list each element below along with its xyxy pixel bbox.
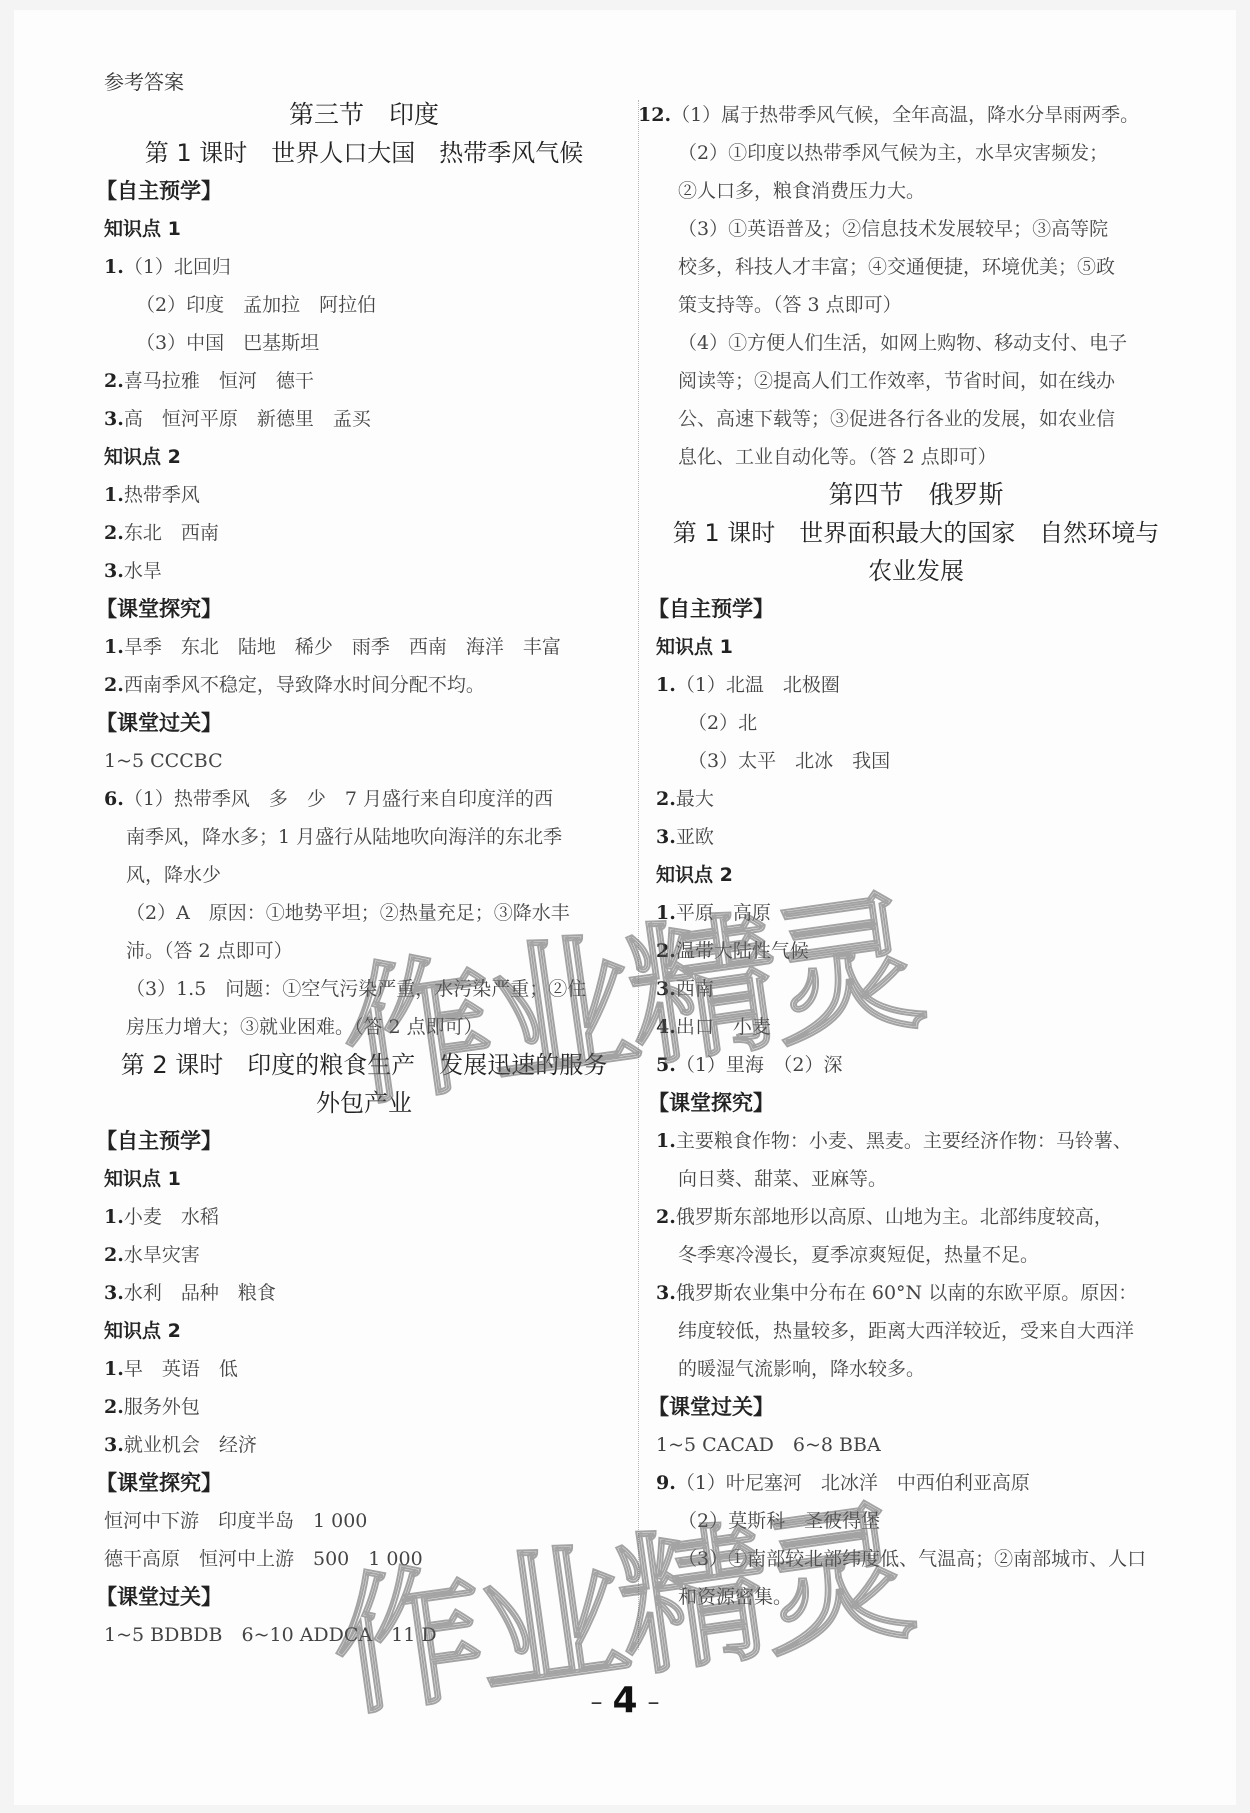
knowledge-point: 知识点 1	[656, 628, 1176, 666]
answer-line: 5.（1）里海 （2）深	[656, 1046, 1176, 1084]
lesson-title-cont: 外包产业	[104, 1084, 624, 1122]
knowledge-point: 知识点 2	[104, 438, 624, 476]
answer-line: （2）①印度以热带季风气候为主，水旱灾害频发；	[656, 134, 1176, 172]
answer-line: 向日葵、甜菜、亚麻等。	[656, 1160, 1176, 1198]
column-divider	[638, 100, 639, 1650]
dash-left: –	[590, 1688, 602, 1716]
answer-line: 2.最大	[656, 780, 1176, 818]
section-title-russia: 第四节 俄罗斯	[656, 476, 1176, 514]
answer-line: 阅读等；②提高人们工作效率，节省时间，如在线办	[656, 362, 1176, 400]
answer-line: 风，降水少	[104, 856, 624, 894]
answer-line: 3.水利 品种 粮食	[104, 1274, 624, 1312]
answer-line: 12.（1）属于热带季风气候，全年高温，降水分旱雨两季。	[638, 96, 1176, 134]
answer-line: （4）①方便人们生活，如网上购物、移动支付、电子	[656, 324, 1176, 362]
knowledge-point: 知识点 2	[104, 1312, 624, 1350]
lesson-title: 第 2 课时 印度的粮食生产 发展迅速的服务	[104, 1046, 624, 1084]
answer-line: 1.早 英语 低	[104, 1350, 624, 1388]
answer-line: 1.（1）北温 北极圈	[656, 666, 1176, 704]
answer-line: 2.西南季风不稳定，导致降水时间分配不均。	[104, 666, 624, 704]
answer-line: 1.旱季 东北 陆地 稀少 雨季 西南 海洋 丰富	[104, 628, 624, 666]
answer-line: 2.东北 西南	[104, 514, 624, 552]
answer-line: 9.（1）叶尼塞河 北冰洋 中西伯利亚高原	[656, 1464, 1176, 1502]
answer-line: （3）太平 北冰 我国	[656, 742, 1176, 780]
block-heading: 【自主预学】	[648, 590, 1176, 628]
answer-line: 冬季寒冷漫长，夏季凉爽短促，热量不足。	[656, 1236, 1176, 1274]
answer-line: 2.服务外包	[104, 1388, 624, 1426]
answer-line: （2）北	[656, 704, 1176, 742]
answer-line: 2.水旱灾害	[104, 1236, 624, 1274]
answer-line: 3.俄罗斯农业集中分布在 60°N 以南的东欧平原。原因：	[656, 1274, 1176, 1312]
answer-line: ②人口多，粮食消费压力大。	[656, 172, 1176, 210]
answer-line: （3）①南部较北部纬度低、气温高；②南部城市、人口	[656, 1540, 1176, 1578]
dash-right: –	[648, 1688, 660, 1716]
answer-line: 房压力增大；③就业困难。（答 2 点即可）	[104, 1008, 624, 1046]
answer-line: 沛。（答 2 点即可）	[104, 932, 624, 970]
answer-line: 2.温带大陆性气候	[656, 932, 1176, 970]
answer-line: 3.西南	[656, 970, 1176, 1008]
answer-line: 策支持等。（答 3 点即可）	[656, 286, 1176, 324]
block-heading: 【课堂过关】	[648, 1388, 1176, 1426]
answer-line: 6.（1）热带季风 多 少 7 月盛行来自印度洋的西	[104, 780, 624, 818]
answer-line: 德干高原 恒河中上游 500 1 000	[104, 1540, 624, 1578]
answer-line: 纬度较低，热量较多，距离大西洋较近，受来自大西洋	[656, 1312, 1176, 1350]
block-heading: 【课堂过关】	[96, 1578, 624, 1616]
answer-line: 4.出口 小麦	[656, 1008, 1176, 1046]
answer-line: 的暖湿气流影响，降水较多。	[656, 1350, 1176, 1388]
answer-line: 1.（1）北回归	[104, 248, 624, 286]
answer-line: 和资源密集。	[656, 1578, 1176, 1616]
block-heading: 【课堂过关】	[96, 704, 624, 742]
section-title-india: 第三节 印度	[104, 96, 624, 134]
mc-answers: 1~5 BDBDB 6~10 ADDCA 11 D	[104, 1616, 624, 1654]
answer-line: 3.高 恒河平原 新德里 孟买	[104, 400, 624, 438]
answer-line: 校多，科技人才丰富；④交通便捷，环境优美；⑤政	[656, 248, 1176, 286]
knowledge-point: 知识点 2	[656, 856, 1176, 894]
block-heading: 【课堂探究】	[648, 1084, 1176, 1122]
answer-line: 3.就业机会 经济	[104, 1426, 624, 1464]
answer-line: （2）A 原因：①地势平坦；②热量充足；③降水丰	[104, 894, 624, 932]
answer-line: 1.热带季风	[104, 476, 624, 514]
block-heading: 【自主预学】	[96, 1122, 624, 1160]
answer-line: 1.平原 高原	[656, 894, 1176, 932]
page-number: –4–	[0, 1680, 1250, 1721]
left-column: 第三节 印度 第 1 课时 世界人口大国 热带季风气候 【自主预学】 知识点 1…	[104, 96, 624, 1654]
answer-line: 公、高速下载等；③促进各行各业的发展，如农业信	[656, 400, 1176, 438]
page-header: 参考答案	[104, 66, 184, 95]
answer-line: （3）中国 巴基斯坦	[104, 324, 624, 362]
block-heading: 【课堂探究】	[96, 1464, 624, 1502]
answer-line: （2）莫斯科 圣彼得堡	[656, 1502, 1176, 1540]
answer-line: 2.俄罗斯东部地形以高原、山地为主。北部纬度较高，	[656, 1198, 1176, 1236]
answer-line: （3）1.5 问题：①空气污染严重，水污染严重；②住	[104, 970, 624, 1008]
answer-line: 1.主要粮食作物：小麦、黑麦。主要经济作物：马铃薯、	[656, 1122, 1176, 1160]
knowledge-point: 知识点 1	[104, 210, 624, 248]
mc-answers: 1~5 CCCBC	[104, 742, 624, 780]
answer-line: 息化、工业自动化等。（答 2 点即可）	[656, 438, 1176, 476]
answer-line: 南季风，降水多；1 月盛行从陆地吹向海洋的东北季	[104, 818, 624, 856]
answer-line: 2.喜马拉雅 恒河 德干	[104, 362, 624, 400]
answer-line: 3.水旱	[104, 552, 624, 590]
page-number-value: 4	[612, 1680, 637, 1721]
block-heading: 【自主预学】	[96, 172, 624, 210]
answer-line: 恒河中下游 印度半岛 1 000	[104, 1502, 624, 1540]
answer-line: （2）印度 孟加拉 阿拉伯	[104, 286, 624, 324]
answer-line: 3.亚欧	[656, 818, 1176, 856]
answer-line: 1.小麦 水稻	[104, 1198, 624, 1236]
lesson-title-cont: 农业发展	[656, 552, 1176, 590]
right-column: 12.（1）属于热带季风气候，全年高温，降水分旱雨两季。 （2）①印度以热带季风…	[656, 96, 1176, 1616]
mc-answers: 1~5 CACAD 6~8 BBA	[656, 1426, 1176, 1464]
lesson-title: 第 1 课时 世界人口大国 热带季风气候	[104, 134, 624, 172]
block-heading: 【课堂探究】	[96, 590, 624, 628]
lesson-title: 第 1 课时 世界面积最大的国家 自然环境与	[656, 514, 1176, 552]
knowledge-point: 知识点 1	[104, 1160, 624, 1198]
answer-line: （3）①英语普及；②信息技术发展较早；③高等院	[656, 210, 1176, 248]
